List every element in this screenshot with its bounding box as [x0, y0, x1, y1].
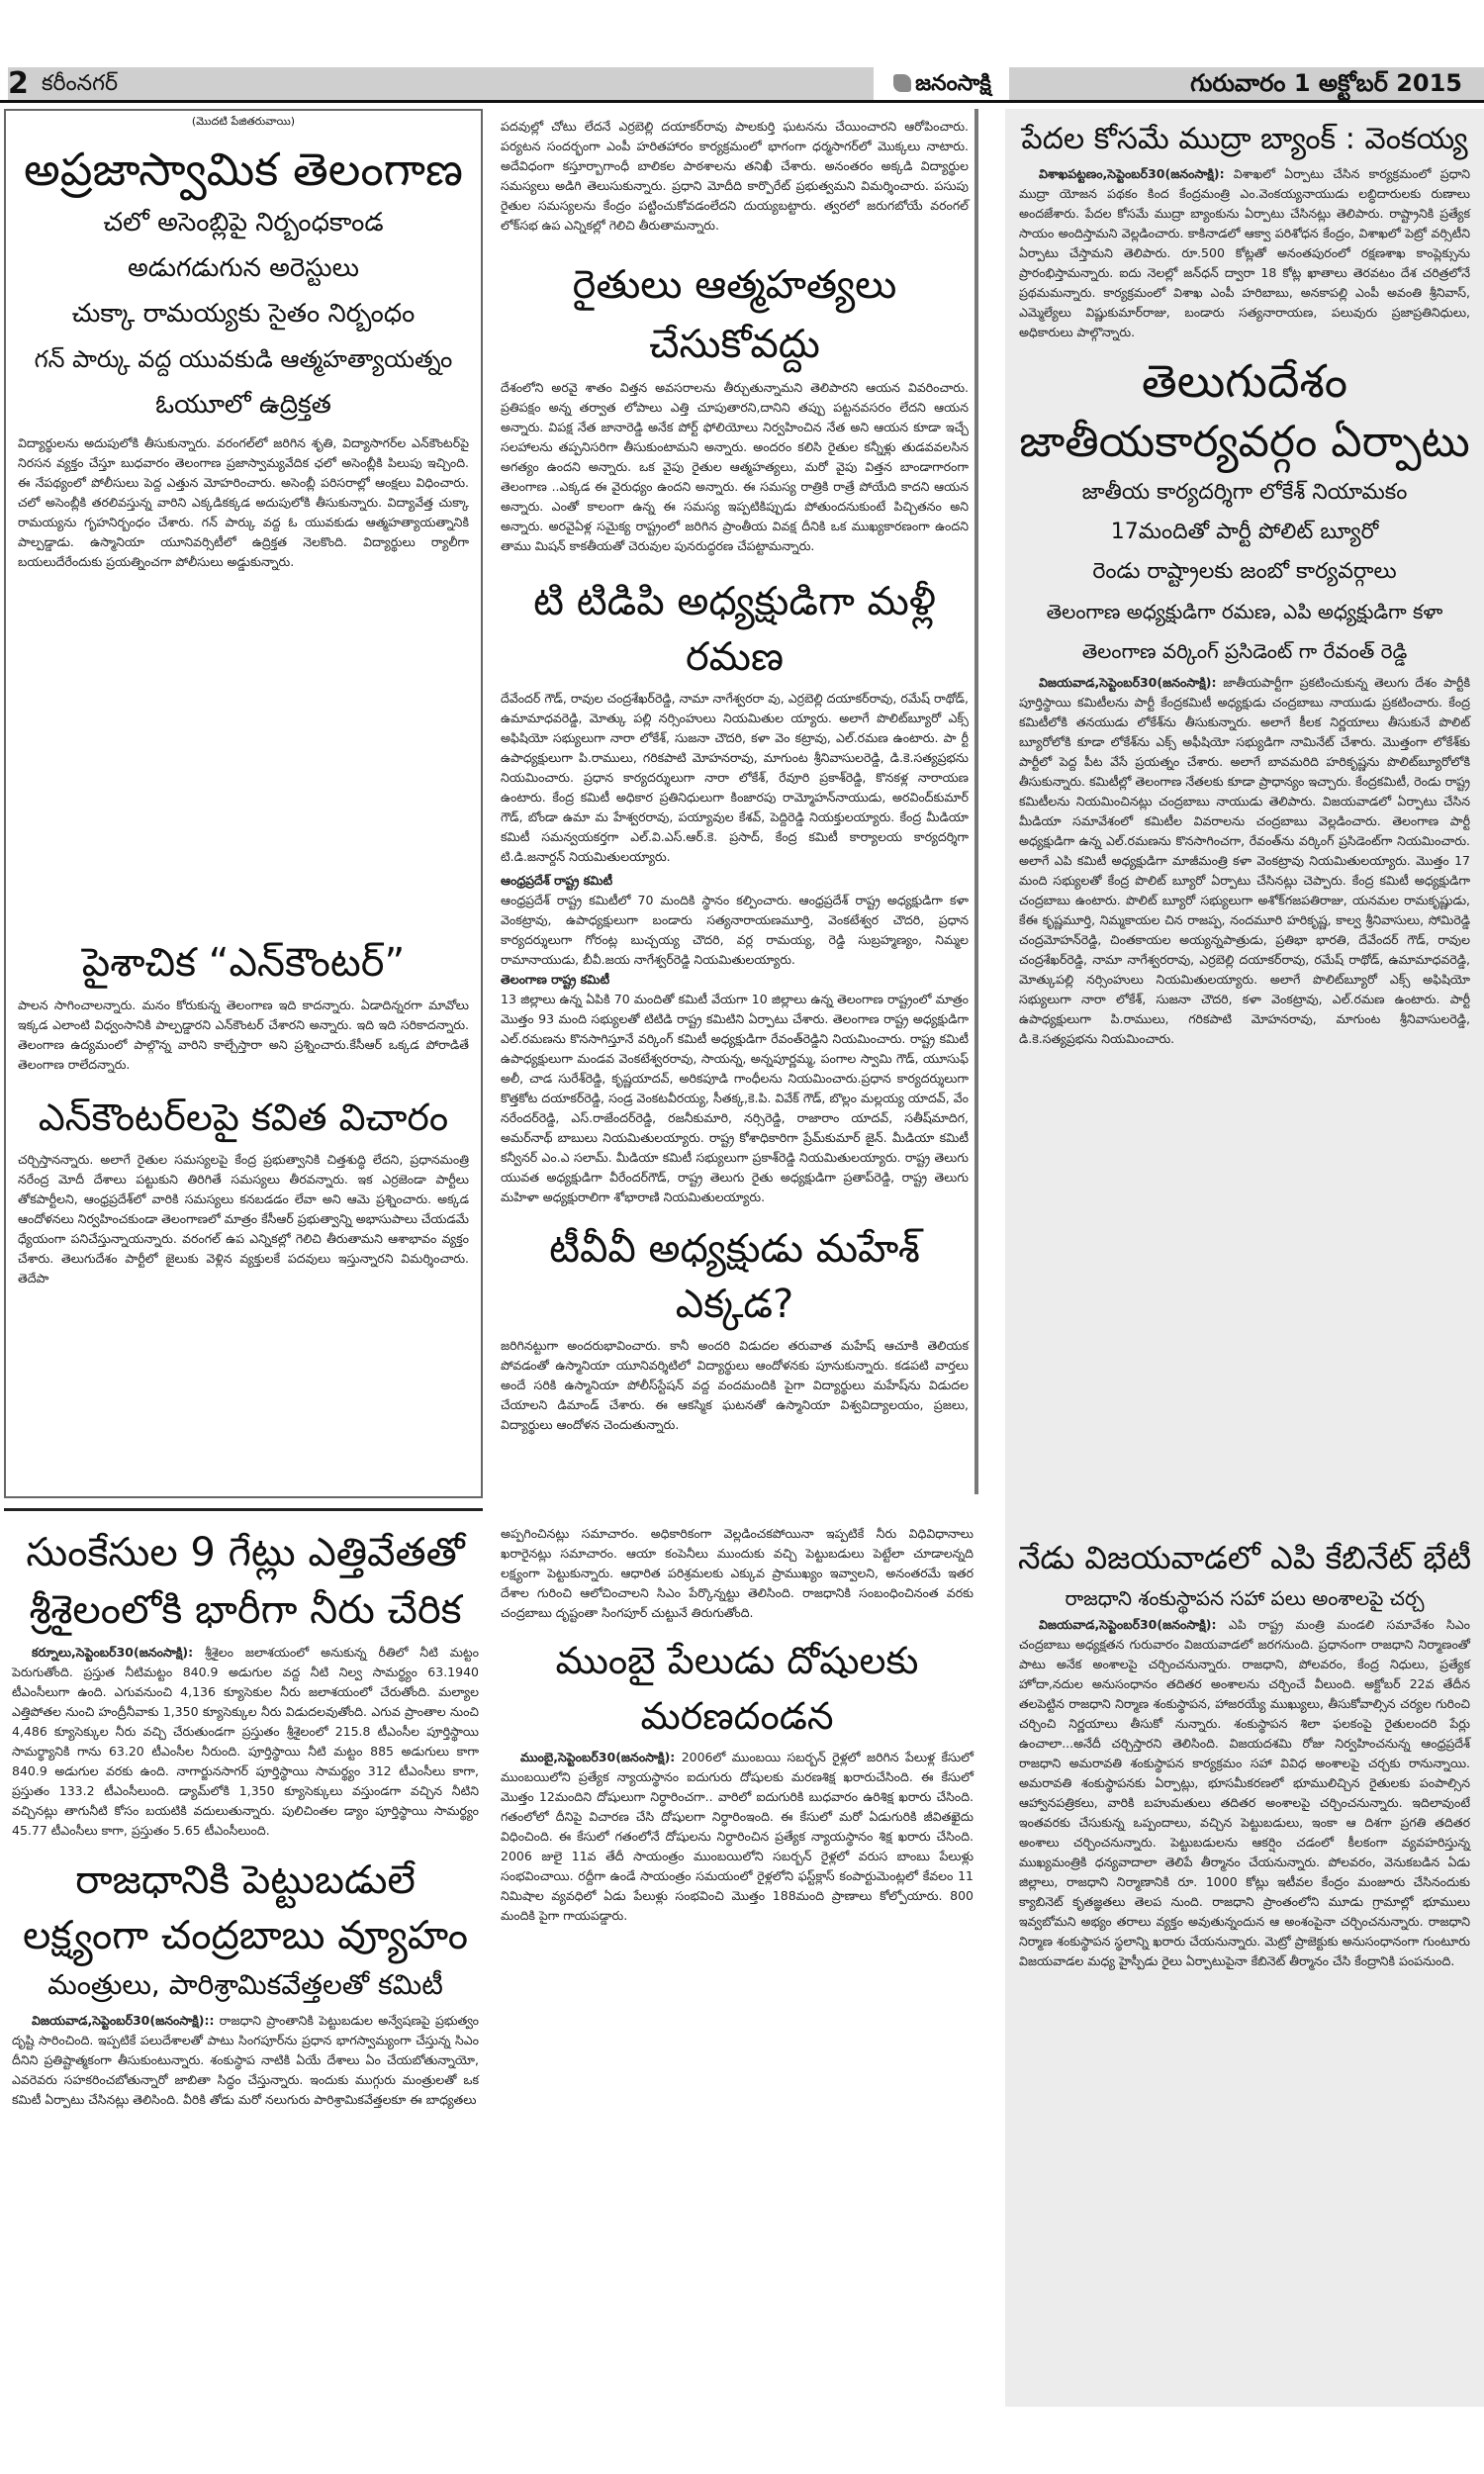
- tdp-subhead: రెండు రాష్ట్రాలకు జంబో కార్యవర్గాలు: [1005, 552, 1484, 592]
- dateline: ముంబై,సెప్టెంబర్30(జనంసాక్షి):: [520, 1750, 675, 1764]
- cabinet-headline: నేడు విజయవాడలో ఎపి కేబినేట్ భేటీ: [1005, 1532, 1484, 1583]
- section-divider: [4, 1508, 483, 1511]
- body-text: విశాఖలో ఏర్పాటు చేసిన కార్యక్రమంలో ప్రధా…: [1019, 166, 1470, 339]
- subhead: గన్ పార్కు వద్ద యువకుడి ఆత్మహత్యాయత్నం: [6, 336, 481, 382]
- telangana-map-icon: [893, 74, 911, 92]
- tdp-headline-line1: తెలుగుదేశం: [1005, 350, 1484, 412]
- section-name: కరీంనగర్: [42, 67, 118, 100]
- mumbai-headline: ముంబై పేలుడు దోషులకు మరణదండన: [495, 1633, 979, 1744]
- article-srisailam: సుంకేసుల 9 గేట్లు ఎత్తివేతతో శ్రీశైలంలోక…: [6, 1524, 485, 2464]
- lead-body: పదవుల్లో చోటు లేదనే ఎర్రబెల్లి దయాకర్‌రా…: [495, 109, 974, 236]
- capital-subhead: మంత్రులు, పారిశ్రామికవేత్తలతో కమిటీ: [6, 1963, 485, 2007]
- tdp-subhead: 17మందితో పార్టీ పోలిట్ బ్యూరో: [1005, 513, 1484, 552]
- masthead-bar-left: [8, 67, 874, 100]
- tdp-body: విజయవాడ,సెప్టెంబర్30(జనంసాక్షి): జాతీయపా…: [1005, 671, 1484, 1526]
- tdp-subhead: తెలంగాణ అధ్యక్షుడిగా రమణ, ఎపి అధ్యక్షుడి…: [1005, 592, 1484, 631]
- dateline: విజయవాడ,సెప్టెంబర్30(జనంసాక్షి):: [1039, 1617, 1216, 1632]
- middle-column: పదవుల్లో చోటు లేదనే ఎర్రబెల్లి దయాకర్‌రా…: [495, 109, 978, 1494]
- capital-continued: అప్పగించినట్లు సమాచారం. అధికారికంగా వెల్…: [495, 1524, 979, 1623]
- page-number: 2: [8, 67, 29, 100]
- body-text: 2006లో ముంబయి సబర్బన్ రైళ్లలో జరిగిన పేల…: [501, 1750, 974, 1923]
- body-text: జాతీయపార్టీగా ప్రకటించుకున్న తెలుగు దేశం…: [1019, 675, 1470, 1046]
- mudra-body: విశాఖపట్టణం,సెప్టెంబర్30(జనంసాక్షి): విశ…: [1005, 164, 1484, 342]
- dateline: విశాఖపట్టణం,సెప్టెంబర్30(జనంసాక్షి):: [1039, 166, 1225, 181]
- article-body: విద్యార్థులను అదుపులోకి తీసుకున్నారు. వర…: [6, 428, 481, 928]
- continuation-note: (మొదటి పేజితరువాయి): [6, 115, 481, 131]
- tvv-body: జరిగినట్టుగా అందరుభావించారు. కానీ అందరి …: [495, 1332, 974, 1439]
- tdp-headline-line2: జాతీయకార్యవర్గం ఏర్పాటు: [1005, 412, 1484, 473]
- tdp-subhead: జాతీయ కార్యదర్శిగా లోకేశ్ నియామకం: [1005, 473, 1484, 513]
- farmers-headline: రైతులు ఆత్మహత్యలు చేసుకోవద్దు: [495, 255, 974, 374]
- mudra-headline: పేదల కోసమే ముద్రా బ్యాంక్ : వెంకయ్య: [1005, 115, 1484, 164]
- logo-text: జనంసాక్షి: [915, 71, 991, 96]
- headline: అప్రజాస్వామిక తెలంగాణ: [6, 139, 481, 200]
- subhead: అడుగడుగున అరెస్టులు: [6, 245, 481, 291]
- masthead: 2 కరీంనగర్ జనంసాక్షి గురువారం 1 అక్టోబర్…: [0, 67, 1484, 100]
- third-headline: ఎన్‌కౌంటర్‌లపై కవిత విచారం: [6, 1089, 481, 1146]
- subhead: ఓయూలో ఉద్రిక్తత: [6, 382, 481, 428]
- cabinet-subhead: రాజధాని శంకుస్థాపన సహా పలు అంశాలపై చర్చ: [1005, 1583, 1484, 1613]
- body-text: శ్రీశైలం జలాశయంలో అనుకున్న రీతిలో నీటి మ…: [12, 1645, 479, 1838]
- sub-story-headline: పైశాచిక “ఎన్‌కౌంటర్”: [6, 934, 481, 992]
- capital-headline-line2: లక్ష్యంగా చంద్రబాబు వ్యూహం: [6, 1908, 485, 1963]
- middle-bottom-column: అప్పగించినట్లు సమాచారం. అధికారికంగా వెల్…: [495, 1524, 979, 2464]
- subhead: చలో అసెంబ్లిపై నిర్బంధకాండ: [6, 200, 481, 245]
- dateline: విజయవాడ,సెప్టెంబర్30(జనంసాక్షి)::: [32, 2013, 214, 2028]
- masthead-rule: [0, 100, 1484, 103]
- ap-committee-subhead: ఆంధ్రప్రదేశ్ రాష్ట్ర కమిటీ: [495, 871, 974, 891]
- body-text: ఎపి రాష్ట్ర మంత్రి మండలి సమావేశం సిఎం చం…: [1019, 1617, 1470, 1968]
- issue-date: గురువారం 1 అక్టోబర్ 2015: [1190, 67, 1462, 100]
- ttdp-body: దేవేందర్ గౌడ్, రావుల చంద్రశేఖర్‌రెడ్డి, …: [495, 685, 974, 871]
- dateline: కర్నూలు,సెప్టెంబర్30(జనంసాక్షి):: [32, 1645, 193, 1660]
- ts-committee-body: 13 జిల్లాలు ఉన్న ఏపికి 70 మందితో కమిటీ వ…: [495, 990, 974, 1207]
- srisailam-headline-line2: శ్రీశైలంలోకి భారీగా నీరు చేరిక: [6, 1581, 485, 1639]
- farmers-body: దేశంలోని అరవై శాతం విత్తన అవసరాలను తీర్చ…: [495, 374, 974, 560]
- right-column: పేదల కోసమే ముద్రా బ్యాంక్ : వెంకయ్య విశా…: [1005, 109, 1484, 2407]
- article-democracy: (మొదటి పేజితరువాయి) అప్రజాస్వామిక తెలంగా…: [4, 109, 483, 1498]
- srisailam-headline-line1: సుంకేసుల 9 గేట్లు ఎత్తివేతతో: [6, 1524, 485, 1581]
- capital-headline-line1: రాజధానికి పెట్టుబడులే: [6, 1853, 485, 1908]
- ap-committee-body: ఆంధ్రప్రదేశ్ రాష్ట్ర కమిటీలో 70 మందికి స…: [495, 891, 974, 970]
- third-body: చర్చిస్తానన్నారు. అలాగే రైతుల సమస్యలపై క…: [6, 1146, 481, 1292]
- ttdp-headline: టి టిడిపి అధ్యక్షుడిగా మళ్లీ రమణ: [495, 574, 974, 685]
- dateline: విజయవాడ,సెప్టెంబర్30(జనంసాక్షి):: [1039, 675, 1216, 690]
- tvv-headline: టీవీవీ అధ్యక్షుడు మహేశ్ ఎక్కడ?: [495, 1221, 974, 1332]
- newspaper-logo: జనంసాక్షి: [876, 67, 1009, 100]
- cabinet-body: విజయవాడ,సెప్టెంబర్30(జనంసాక్షి): ఎపి రాష…: [1005, 1613, 1484, 1973]
- srisailam-body: కర్నూలు,సెప్టెంబర్30(జనంసాక్షి): శ్రీశైల…: [6, 1639, 485, 1845]
- tdp-subhead: తెలంగాణ వర్కింగ్ ప్రసిడెంట్ గా రేవంత్ రె…: [1005, 631, 1484, 671]
- mumbai-body: ముంబై,సెప్టెంబర్30(జనంసాక్షి): 2006లో ము…: [495, 1744, 979, 1930]
- subhead: చుక్కా రామయ్యకు సైతం నిర్బంధం: [6, 291, 481, 336]
- ts-committee-subhead: తెలంగాణ రాష్ట్ర కమిటీ: [495, 970, 974, 990]
- sub-story-body: పాలన సాగించాలన్నారు. మనం కోరుకున్న తెలంగ…: [6, 992, 481, 1079]
- capital-body: విజయవాడ,సెప్టెంబర్30(జనంసాక్షి):: రాజధాన…: [6, 2007, 485, 2114]
